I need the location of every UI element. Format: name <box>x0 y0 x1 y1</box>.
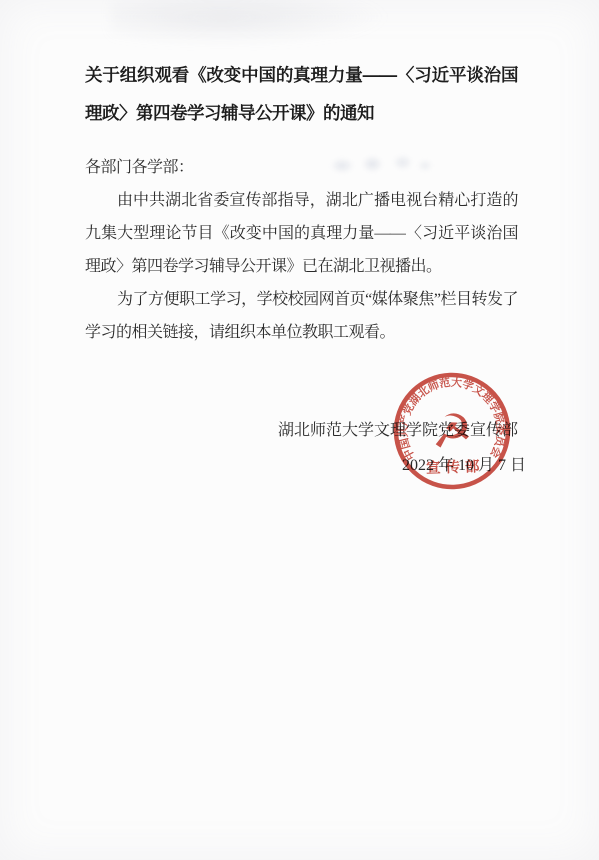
body-paragraph-1: 由中共湖北省委宣传部指导，湖北广播电视台精心打造的九集大型理论节目《改变中国的真… <box>85 184 518 283</box>
issue-date: 2022 年 10 月 7 日 <box>402 452 526 475</box>
scan-artifact <box>110 0 390 46</box>
issuing-department-signature: 湖北师范大学文理学院党委宣传部 <box>278 417 518 440</box>
notice-title: 关于组织观看《改变中国的真理力量——〈习近平谈治国理政〉第四卷学习辅导公开课》的… <box>85 56 518 132</box>
notice-body: 各部门各学部： 由中共湖北省委宣传部指导，湖北广播电视台精心打造的九集大型理论节… <box>85 151 518 349</box>
notice-document-page: 关于组织观看《改变中国的真理力量——〈习近平谈治国理政〉第四卷学习辅导公开课》的… <box>0 0 599 860</box>
body-paragraph-2: 为了方便职工学习，学校校园网首页“媒体聚焦”栏目转发了学习的相关链接，请组织本单… <box>85 283 518 349</box>
salutation: 各部门各学部： <box>85 151 518 184</box>
